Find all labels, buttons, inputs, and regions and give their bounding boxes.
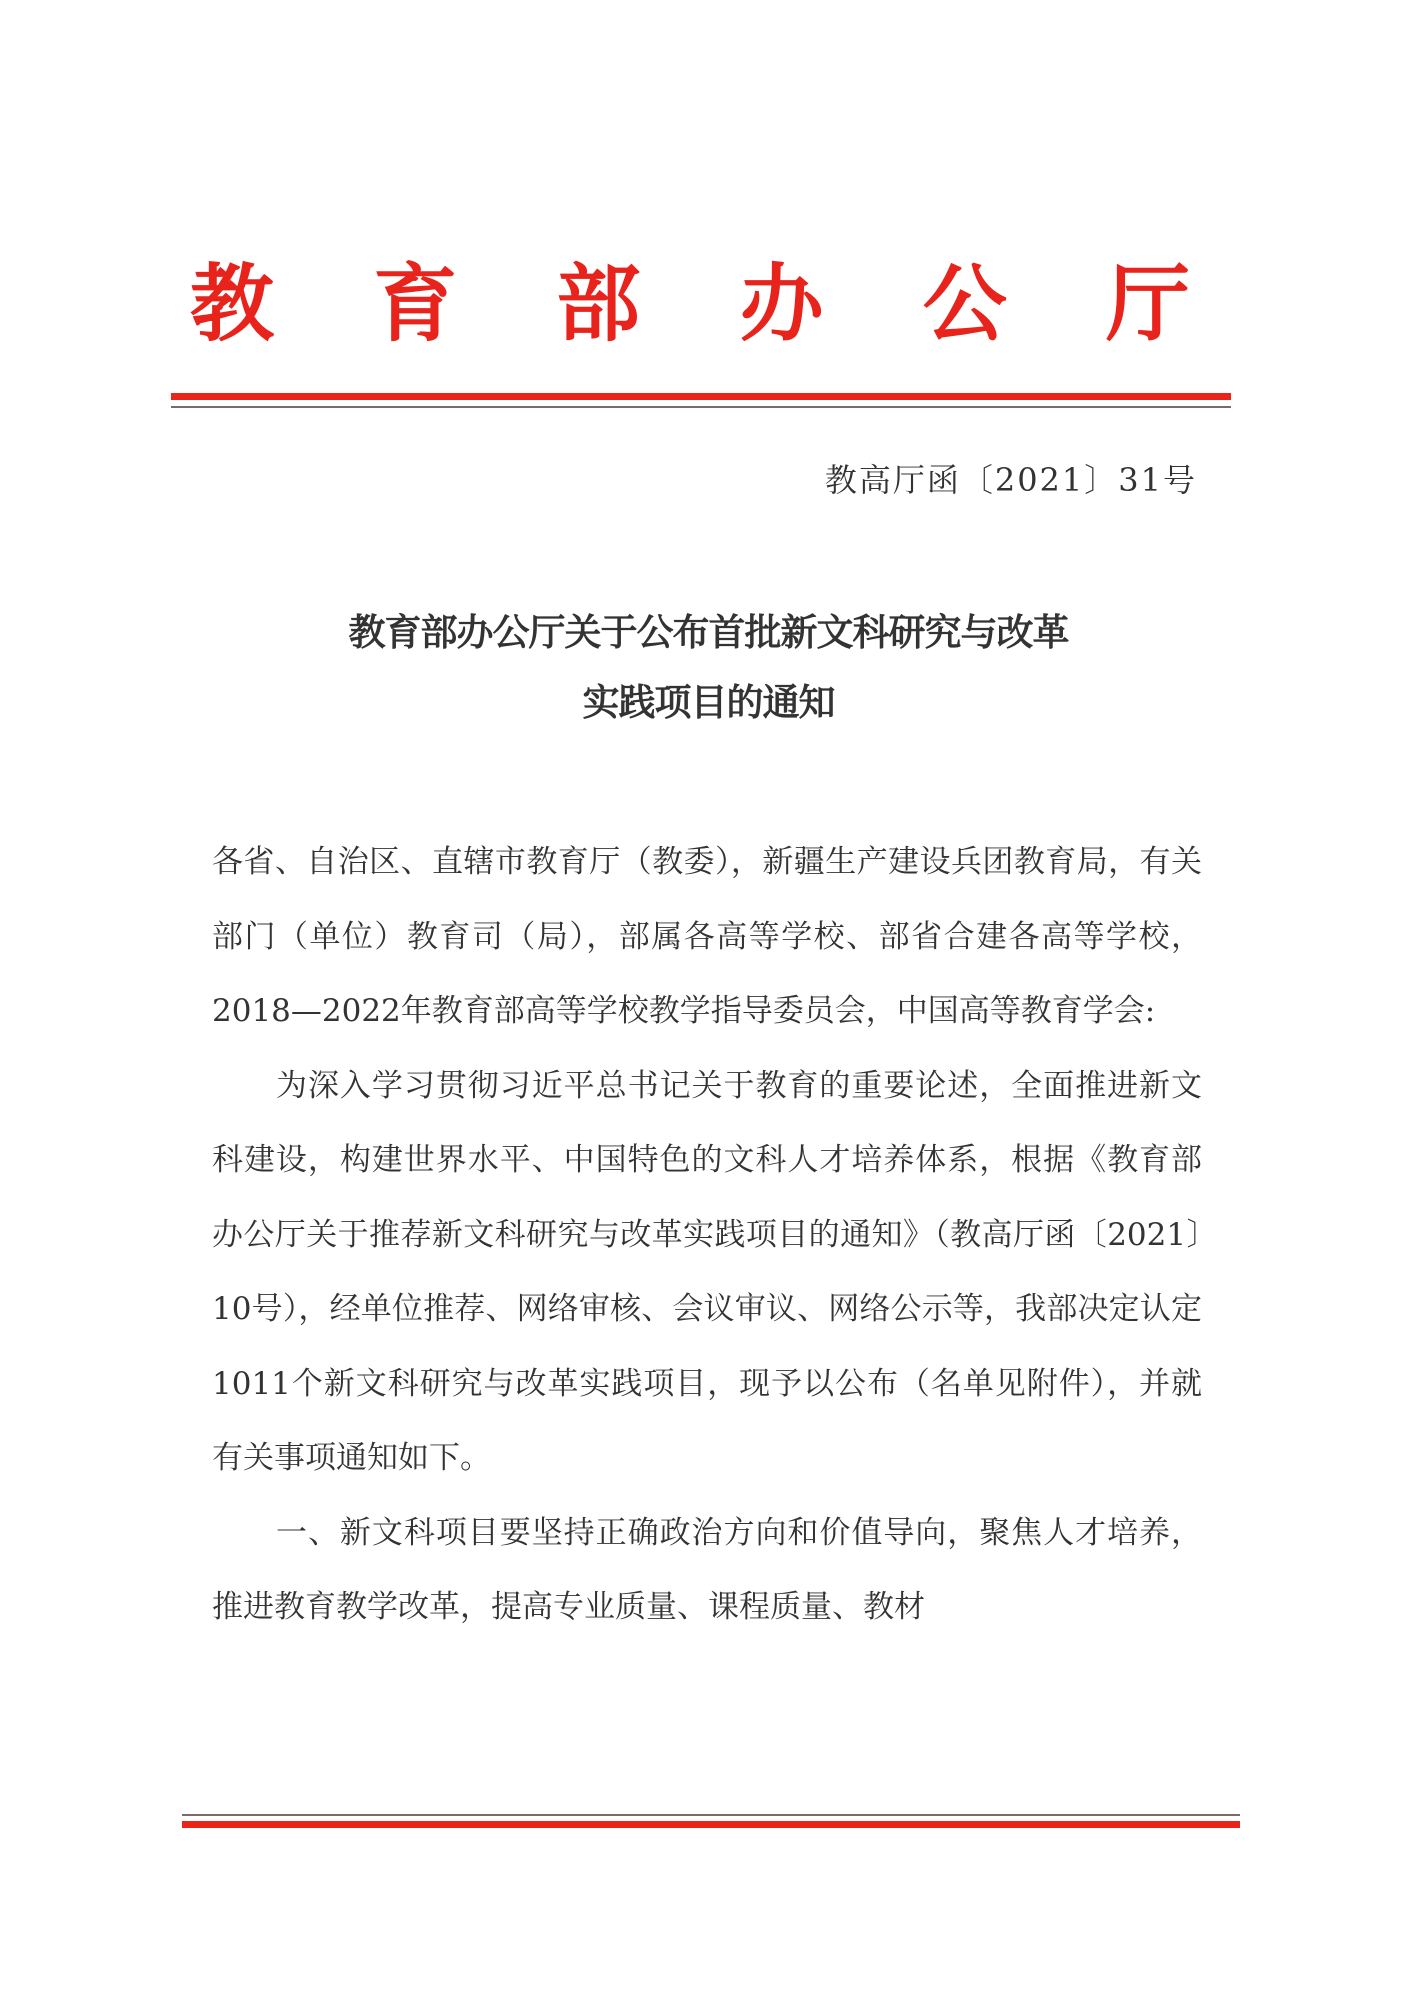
addressees: 各省、自治区、直辖市教育厅（教委），新疆生产建设兵团教育局，有关部门（单位）教育… bbox=[212, 825, 1202, 1049]
masthead-char: 厅 bbox=[1106, 262, 1190, 346]
masthead-char: 公 bbox=[923, 262, 1007, 346]
document-body: 各省、自治区、直辖市教育厅（教委），新疆生产建设兵团教育局，有关部门（单位）教育… bbox=[212, 825, 1202, 1645]
body-paragraph: 一、新文科项目要坚持正确政治方向和价值导向，聚焦人才培养，推进教育教学改革，提高… bbox=[212, 1496, 1202, 1645]
masthead-char: 办 bbox=[740, 262, 824, 346]
masthead-char: 育 bbox=[373, 262, 457, 346]
masthead-char: 部 bbox=[556, 262, 640, 346]
footer-red-rule bbox=[182, 1821, 1240, 1828]
document-number: 教高厅函〔2021〕31号 bbox=[825, 455, 1197, 501]
title-line-2: 实践项目的通知 bbox=[0, 668, 1417, 738]
masthead-char: 教 bbox=[190, 262, 274, 346]
header-red-rule bbox=[171, 393, 1231, 400]
header-thin-rule bbox=[171, 406, 1231, 408]
document-title: 教育部办公厅关于公布首批新文科研究与改革 实践项目的通知 bbox=[0, 598, 1417, 738]
title-line-1: 教育部办公厅关于公布首批新文科研究与改革 bbox=[0, 598, 1417, 668]
masthead-title: 教 育 部 办 公 厅 bbox=[190, 262, 1190, 346]
footer-thin-rule bbox=[182, 1814, 1240, 1816]
body-paragraph: 为深入学习贯彻习近平总书记关于教育的重要论述，全面推进新文科建设，构建世界水平、… bbox=[212, 1049, 1202, 1496]
